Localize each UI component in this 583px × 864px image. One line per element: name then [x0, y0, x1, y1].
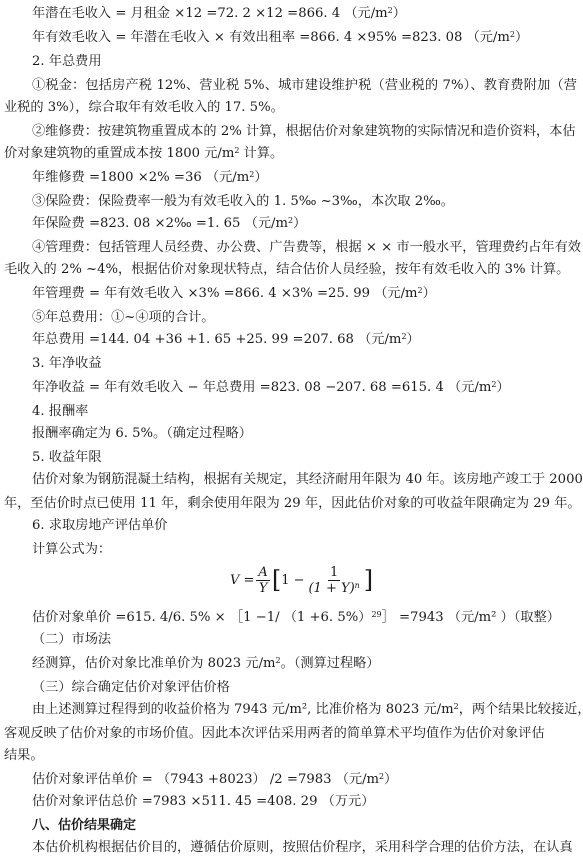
text: 年管理费 = 年有效毛收入 ×3% =866. 4 ×3% =25. 99 （元… — [32, 286, 418, 301]
superscript: 2 — [249, 170, 254, 179]
open-bracket: [ — [272, 568, 281, 592]
fraction-a-over-y: A Y — [256, 565, 269, 596]
text: 由上述测算过程得到的收益价格为 7943 元/m², 比准价格为 8023 元/… — [32, 702, 454, 717]
text: 2. 年总费用 — [32, 54, 102, 69]
text-line: 年总费用 =144. 04 +36 +1. 65 +25. 99 =207. 6… — [32, 330, 420, 350]
exponent: n — [355, 581, 360, 590]
text: 业税的 3%），综合取年有效毛收入的 17. 5%。 — [4, 100, 284, 115]
denominator: (1 + Y) — [308, 581, 354, 596]
superscript: 2 — [388, 6, 393, 15]
fraction-discount: 1 (1 + Y)n — [306, 565, 361, 596]
text-line: 年维修费 =1800 ×2% =36 （元/m2） — [32, 168, 268, 188]
text: 3. 年净收益 — [32, 356, 102, 371]
paragraph-line: 业税的 3%），综合取年有效毛收入的 17. 5%。 — [4, 98, 284, 118]
paragraph-line: 毛收入的 2% ~4%，根据估价对象现状特点，结合估价人员经验，按年有效毛收入的… — [4, 260, 569, 280]
text: 本估价机构根据估价目的，遵循估价原则，按照估价程序，采用科学合理的估价方法，在认… — [32, 840, 573, 855]
text: 报酬率确定为 6. 5%。（确定过程略） — [32, 426, 252, 441]
text: 年潜在毛收入 = 月租金 ×12 =72. 2 ×12 =866. 4 （元/m — [32, 6, 388, 21]
section-heading: （二）市场法 — [32, 630, 111, 650]
paragraph-line: 价对象建筑物的重置成本按 1800 元/m2 计算。 — [4, 144, 283, 164]
text: ） — [384, 772, 397, 787]
superscript: 2 — [401, 332, 406, 341]
text: 估价对象评估单价 = （7943 +8023） /2 =7983 （元/m — [32, 772, 379, 787]
paragraph-line: ④管理费：包括管理人员经费、办公费、广告费等，根据 × × 市一般水平，管理费约… — [32, 238, 581, 258]
text-line: 估价对象评估单价 = （7943 +8023） /2 =7983 （元/m2） — [32, 770, 397, 790]
superscript: 2 — [234, 146, 239, 155]
text-line: 年有效毛收入 = 年潜在毛收入 × 有效出租率 =866. 4 ×95% =82… — [32, 28, 528, 48]
text-line: 年潜在毛收入 = 月租金 ×12 =72. 2 ×12 =866. 4 （元/m… — [32, 4, 406, 24]
text: 4. 报酬率 — [32, 404, 88, 419]
superscript: 29 — [371, 610, 381, 619]
text-line: 计算公式为： — [32, 540, 111, 560]
close-bracket: ] — [364, 568, 373, 592]
text: ③保险费：保险费率一般为有效毛收入的 1. 5‰ ~3‰，本次取 2‰。 — [32, 194, 454, 209]
text: 客观反映了估价对象的市场价值。因此本次评估采用两者的简单算术平均值作为估价对象评… — [4, 726, 545, 741]
text: 八、估价结果确定 — [32, 818, 136, 833]
text-line: 经测算，估价对象比准单价为 8023 元/m2。（测算过程略） — [32, 654, 380, 674]
text-line: 年保险费 =823. 08 ×2‰ =1. 65 （元/m2） — [32, 214, 306, 234]
text: 年有效毛收入 = 年潜在毛收入 × 有效出租率 =866. 4 ×95% =82… — [32, 30, 510, 45]
section-heading: 5. 收益年限 — [32, 448, 102, 468]
valuation-formula: V = A Y [ 1 − 1 (1 + Y)n ] — [230, 560, 373, 600]
text: （二）市场法 — [32, 632, 111, 647]
paragraph-line: 估价对象为钢筋混凝土结构，根据有关规定，其经济耐用年限为 40 年。该房地产竣工… — [32, 470, 583, 490]
section-heading: （三）综合确定估价对象评估价格 — [32, 678, 230, 698]
numerator: A — [256, 565, 269, 581]
text: 结果。 — [4, 748, 44, 763]
paragraph-line: 年，至估价时点已使用 11 年，剩余使用年限为 29 年，因此估价对象的可收益年… — [4, 494, 581, 514]
text: ） — [496, 380, 509, 395]
denominator: Y — [257, 581, 270, 596]
text: 估价对象单价 =615. 4/6. 5% × ［1 −1/ （1 +6. 5%） — [32, 610, 371, 625]
text: （三）综合确定估价对象评估价格 — [32, 680, 230, 695]
text: ⑤年总费用：①~④项的合计。 — [32, 310, 215, 325]
paragraph-line: 结果。 — [4, 746, 44, 766]
text: 年，至估价时点已使用 11 年，剩余使用年限为 29 年，因此估价对象的可收益年… — [4, 496, 581, 511]
formula-lhs: V = — [230, 573, 254, 588]
text: ） — [423, 286, 436, 301]
paragraph-line: 由上述测算过程得到的收益价格为 7943 元/m², 比准价格为 8023 元/… — [32, 700, 583, 720]
text: ） — [393, 6, 406, 21]
text: 年总费用 =144. 04 +36 +1. 65 +25. 99 =207. 6… — [32, 332, 401, 347]
text: 价对象建筑物的重置成本按 1800 元/m — [4, 146, 234, 161]
text: ②维修费：按建筑物重置成本的 2% 计算，根据估价对象建筑物的实际情况和造价资料… — [32, 124, 576, 139]
text-line: 年净收益 = 年有效毛收入 − 年总费用 =823. 08 −207. 68 =… — [32, 378, 510, 398]
text: 计算。 — [239, 146, 283, 161]
text: 6. 求取房地产评估单价 — [32, 518, 167, 533]
superscript: 2 — [454, 702, 459, 711]
superscript: 2 — [288, 216, 293, 225]
section-heading: 6. 求取房地产评估单价 — [32, 516, 167, 536]
text: 年净收益 = 年有效毛收入 − 年总费用 =823. 08 −207. 68 =… — [32, 380, 491, 395]
text: 估价对象评估总价 =7983 ×511. 45 =408. 29 （万元） — [32, 794, 374, 809]
paragraph-line: 客观反映了估价对象的市场价值。因此本次评估采用两者的简单算术平均值作为估价对象评… — [4, 724, 545, 744]
text: 计算公式为： — [32, 542, 111, 557]
text-line: ③保险费：保险费率一般为有效毛收入的 1. 5‰ ~3‰，本次取 2‰。 — [32, 192, 454, 212]
text: 估价对象为钢筋混凝土结构，根据有关规定，其经济耐用年限为 40 年。该房地产竣工… — [32, 472, 583, 487]
text: 经测算，估价对象比准单价为 8023 元/m — [32, 656, 276, 671]
text: 毛收入的 2% ~4%，根据估价对象现状特点，结合估价人员经验，按年有效毛收入的… — [4, 262, 569, 277]
paragraph-line: ①税金：包括房产税 12%、营业税 5%、城市建设维护税（营业税的 7%）、教育… — [32, 76, 577, 96]
text: ） — [515, 30, 528, 45]
text-line: 估价对象评估总价 =7983 ×511. 45 =408. 29 （万元） — [32, 792, 374, 812]
text: ） — [254, 170, 267, 185]
text: 。（测算过程略） — [281, 656, 380, 671]
text: ④管理费：包括管理人员经费、办公费、广告费等，根据 × × 市一般水平，管理费约… — [32, 240, 581, 255]
superscript: 2 — [276, 656, 281, 665]
section-heading: 4. 报酬率 — [32, 402, 88, 422]
text: ，两个结果比较接近， — [459, 702, 583, 717]
text: 年维修费 =1800 ×2% =36 （元/m — [32, 170, 249, 185]
text-line: 年管理费 = 年有效毛收入 ×3% =866. 4 ×3% =25. 99 （元… — [32, 284, 436, 304]
section-heading: 2. 年总费用 — [32, 52, 102, 72]
chapter-heading: 八、估价结果确定 — [32, 816, 136, 836]
paragraph-line: ②维修费：按建筑物重置成本的 2% 计算，根据估价对象建筑物的实际情况和造价资料… — [32, 122, 576, 142]
formula-term: 1 − — [281, 573, 304, 588]
text: ） — [293, 216, 306, 231]
superscript: 2 — [418, 286, 423, 295]
superscript: 2 — [510, 30, 515, 39]
numerator: 1 — [328, 565, 340, 581]
text-line: ⑤年总费用：①~④项的合计。 — [32, 308, 215, 328]
superscript: 2 — [379, 772, 384, 781]
text: ①税金：包括房产税 12%、营业税 5%、城市建设维护税（营业税的 7%）、教育… — [32, 78, 577, 93]
text-line: 估价对象单价 =615. 4/6. 5% × ［1 −1/ （1 +6. 5%）… — [32, 608, 560, 628]
paragraph-line: 本估价机构根据估价目的，遵循估价原则，按照估价程序，采用科学合理的估价方法，在认… — [32, 838, 573, 858]
section-heading: 3. 年净收益 — [32, 354, 102, 374]
text: ） — [407, 332, 420, 347]
superscript: 2 — [491, 380, 496, 389]
text: ］ =7943 （元/m² ）（取整） — [382, 610, 560, 625]
text: 5. 收益年限 — [32, 450, 102, 465]
text: 年保险费 =823. 08 ×2‰ =1. 65 （元/m — [32, 216, 288, 231]
text-line: 报酬率确定为 6. 5%。（确定过程略） — [32, 424, 252, 444]
